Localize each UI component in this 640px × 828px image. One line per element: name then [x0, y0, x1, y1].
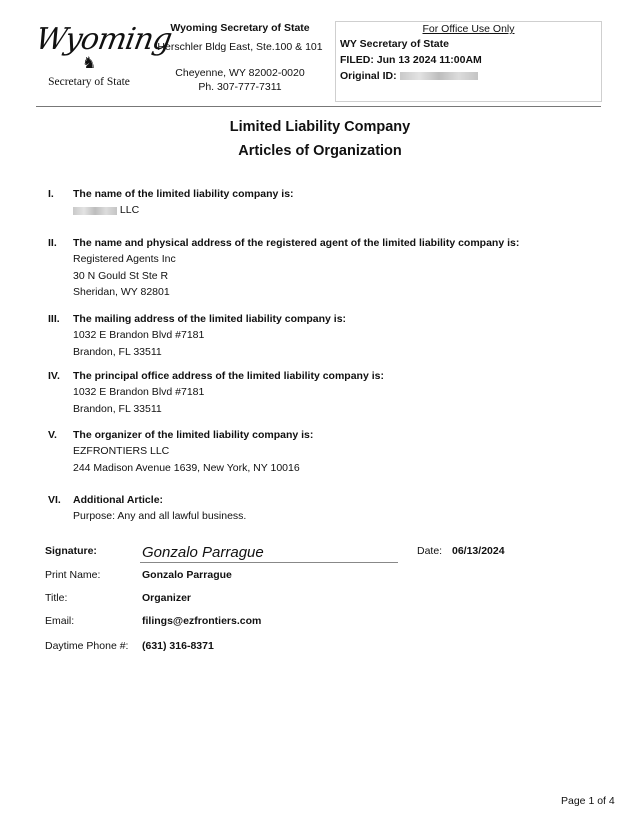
original-id-row: Original ID: [336, 68, 601, 84]
registered-agent-name: Registered Agents Inc [73, 251, 608, 267]
logo-subtitle: Secretary of State [36, 76, 142, 88]
mailing-street: 1032 E Brandon Blvd #7181 [73, 327, 608, 343]
logo-script-text: Wyoming [32, 20, 145, 60]
bucking-horse-rider-icon: ♞ [82, 56, 96, 72]
company-name-redacted [73, 207, 117, 215]
print-name-value: Gonzalo Parrague [142, 569, 232, 581]
registered-agent-city: Sheridan, WY 82801 [73, 284, 608, 300]
phone-label: Daytime Phone #: [45, 640, 140, 652]
agency-name: Wyoming Secretary of State [150, 21, 330, 35]
title-label: Title: [45, 592, 140, 604]
header-divider [36, 106, 601, 107]
document-title: Limited Liability Company [0, 119, 640, 135]
agency-phone: Ph. 307-777-7311 [150, 80, 330, 94]
date-value: 06/13/2024 [452, 545, 505, 557]
article-1: I. The name of the limited liability com… [48, 186, 608, 219]
article-6: VI. Additional Article: Purpose: Any and… [48, 492, 608, 525]
original-id-label: Original ID: [340, 70, 397, 82]
additional-article-purpose: Purpose: Any and all lawful business. [73, 508, 608, 524]
wyoming-sos-logo: Wyoming ♞ Secretary of State [36, 20, 142, 92]
article-heading: The organizer of the limited liability c… [73, 427, 608, 443]
principal-office-city: Brandon, FL 33511 [73, 401, 608, 417]
article-number: VI. [48, 492, 61, 508]
article-5: V. The organizer of the limited liabilit… [48, 427, 608, 476]
signature-line [140, 562, 398, 563]
agency-info: Wyoming Secretary of State Herschler Bld… [150, 21, 330, 94]
title-value: Organizer [142, 592, 191, 604]
article-number: I. [48, 186, 54, 202]
organizer-address: 244 Madison Avenue 1639, New York, NY 10… [73, 460, 608, 476]
date-label: Date: [417, 545, 442, 557]
principal-office-street: 1032 E Brandon Blvd #7181 [73, 384, 608, 400]
article-3: III. The mailing address of the limited … [48, 311, 608, 360]
agency-address-line1: Herschler Bldg East, Ste.100 & 101 [150, 40, 330, 54]
signature-label: Signature: [45, 545, 140, 557]
article-number: II. [48, 235, 57, 251]
article-heading: The name and physical address of the reg… [73, 235, 608, 251]
document-subtitle: Articles of Organization [0, 143, 640, 159]
company-name: LLC [73, 202, 608, 218]
office-use-box: For Office Use Only WY Secretary of Stat… [335, 21, 602, 102]
print-name-label: Print Name: [45, 569, 140, 581]
organizer-name: EZFRONTIERS LLC [73, 443, 608, 459]
company-name-suffix: LLC [120, 204, 139, 216]
original-id-redacted [400, 72, 478, 80]
article-number: III. [48, 311, 60, 327]
phone-value: (631) 316-8371 [142, 640, 214, 652]
article-heading: The mailing address of the limited liabi… [73, 311, 608, 327]
article-number: V. [48, 427, 57, 443]
mailing-city: Brandon, FL 33511 [73, 344, 608, 360]
email-value: filings@ezfrontiers.com [142, 615, 261, 627]
filed-timestamp: FILED: Jun 13 2024 11:00AM [336, 52, 601, 68]
article-heading: Additional Article: [73, 492, 608, 508]
article-number: IV. [48, 368, 60, 384]
article-4: IV. The principal office address of the … [48, 368, 608, 417]
registered-agent-street: 30 N Gould St Ste R [73, 268, 608, 284]
agency-address-line2: Cheyenne, WY 82002-0020 [150, 66, 330, 80]
page-indicator: Page 1 of 4 [561, 795, 615, 807]
office-use-agency: WY Secretary of State [336, 36, 601, 52]
office-use-title: For Office Use Only [336, 23, 601, 36]
signature-value: Gonzalo Parrague [142, 544, 264, 561]
email-label: Email: [45, 615, 140, 627]
article-heading: The name of the limited liability compan… [73, 186, 608, 202]
article-heading: The principal office address of the limi… [73, 368, 608, 384]
article-2: II. The name and physical address of the… [48, 235, 608, 300]
